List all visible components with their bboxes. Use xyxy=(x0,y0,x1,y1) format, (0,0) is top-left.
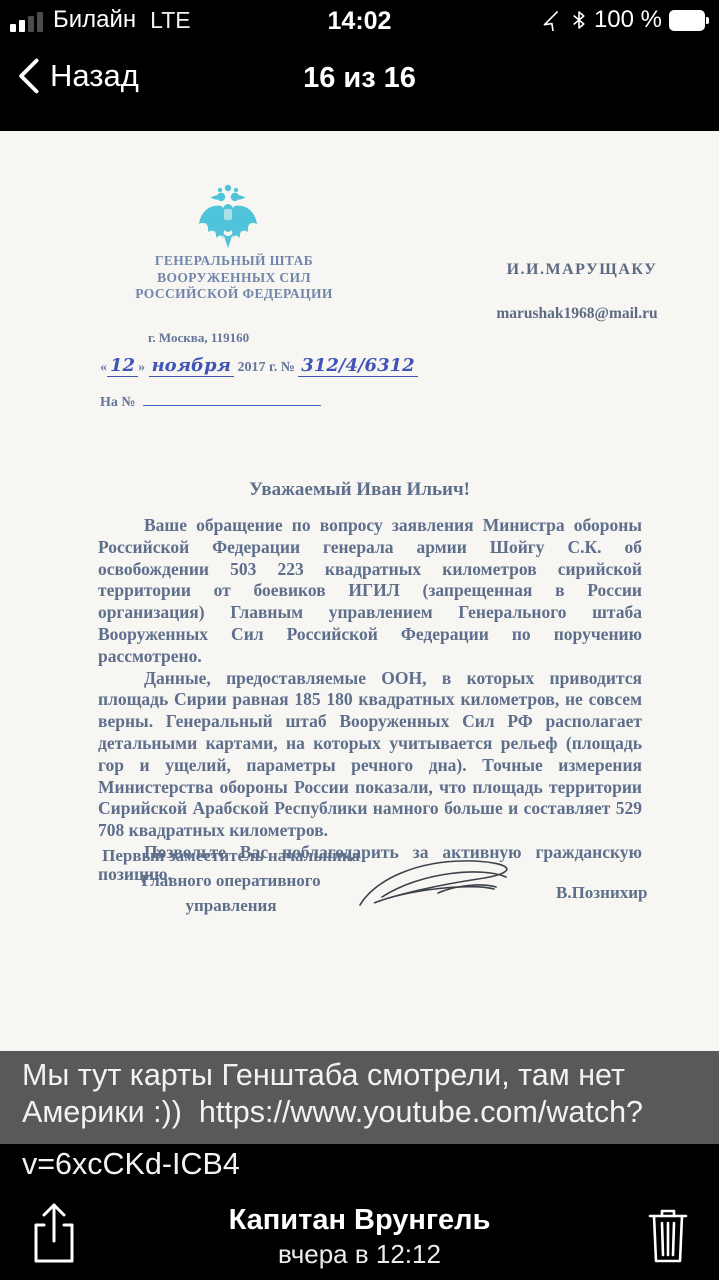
quote-open: « xyxy=(100,360,107,375)
letter-body: Ваше обращение по вопросу заявления Мини… xyxy=(98,515,642,886)
org-line: ВООРУЖЕННЫХ СИЛ xyxy=(96,270,372,287)
paragraph: Данные, предоставляемые ООН, в которых п… xyxy=(98,668,642,842)
salutation: Уважаемый Иван Ильич! xyxy=(0,479,719,501)
recipient-name: И.И.МАРУЩАКУ xyxy=(492,261,672,279)
trash-icon xyxy=(643,1203,693,1265)
nav-bar: Назад 16 из 16 xyxy=(0,42,719,112)
reference-label: На № xyxy=(100,395,135,410)
bluetooth-icon xyxy=(571,8,587,32)
share-button[interactable] xyxy=(30,1201,78,1270)
handwritten-day: 12 xyxy=(107,355,138,377)
battery-percent-label: 100 % xyxy=(594,6,662,34)
coat-of-arms-eagle-icon xyxy=(196,181,260,251)
sender-name: Капитан Врунгель xyxy=(120,1203,599,1237)
signer-title: Первый заместитель начальника Главного о… xyxy=(96,843,366,918)
message-timestamp: вчера в 12:12 xyxy=(120,1237,599,1271)
delete-button[interactable] xyxy=(643,1203,693,1270)
status-right: 100 % xyxy=(542,6,711,34)
blank-underline xyxy=(143,391,321,406)
status-bar: Билайн LTE 14:02 100 % xyxy=(0,0,719,42)
bottom-toolbar: Капитан Врунгель вчера в 12:12 xyxy=(0,1185,719,1280)
date-line: «12» ноября 2017 г. № 312/4/6312 xyxy=(100,355,418,376)
message-meta: Капитан Врунгель вчера в 12:12 xyxy=(120,1203,599,1271)
signer-title-line: Первый заместитель начальника xyxy=(96,843,366,868)
org-line: ГЕНЕРАЛЬНЫЙ ШТАБ xyxy=(96,253,372,270)
city-line: г. Москва, 119160 xyxy=(148,330,249,346)
caption-overlay[interactable]: Мы тут карты Генштаба смотрели, там нет … xyxy=(0,1051,719,1144)
photo-viewer-screen: Билайн LTE 14:02 100 % Назад 16 из 16 xyxy=(0,0,719,1280)
recipient-email: marushak1968@mail.ru xyxy=(472,305,682,323)
caption-line: Мы тут карты Генштаба смотрели, там нет xyxy=(0,1051,719,1094)
paragraph: Ваше обращение по вопросу заявления Мини… xyxy=(98,515,642,668)
caption-url-continuation[interactable]: v=6xcCKd-ICB4 xyxy=(22,1146,240,1183)
signature-scribble-image xyxy=(352,847,527,922)
share-icon xyxy=(30,1201,78,1265)
date-tail: 2017 г. № xyxy=(237,360,294,375)
quote-close: » xyxy=(138,360,145,375)
org-line: РОССИЙСКОЙ ФЕДЕРАЦИИ xyxy=(96,286,372,303)
signer-name: В.Познихир xyxy=(556,883,647,903)
letterhead-org: ГЕНЕРАЛЬНЫЙ ШТАБ ВООРУЖЕННЫХ СИЛ РОССИЙС… xyxy=(96,253,372,303)
battery-icon xyxy=(669,10,711,31)
document-photo[interactable]: ГЕНЕРАЛЬНЫЙ ШТАБ ВООРУЖЕННЫХ СИЛ РОССИЙС… xyxy=(0,131,719,1051)
page-counter: 16 из 16 xyxy=(0,62,719,95)
reference-number-line: На № xyxy=(100,391,321,411)
handwritten-month: ноября xyxy=(149,355,234,377)
signer-title-line: Главного оперативного управления xyxy=(96,868,366,918)
handwritten-doc-number: 312/4/6312 xyxy=(298,355,417,377)
location-arrow-icon xyxy=(542,9,564,31)
caption-line: Америки :)) https://www.youtube.com/watc… xyxy=(0,1094,719,1131)
